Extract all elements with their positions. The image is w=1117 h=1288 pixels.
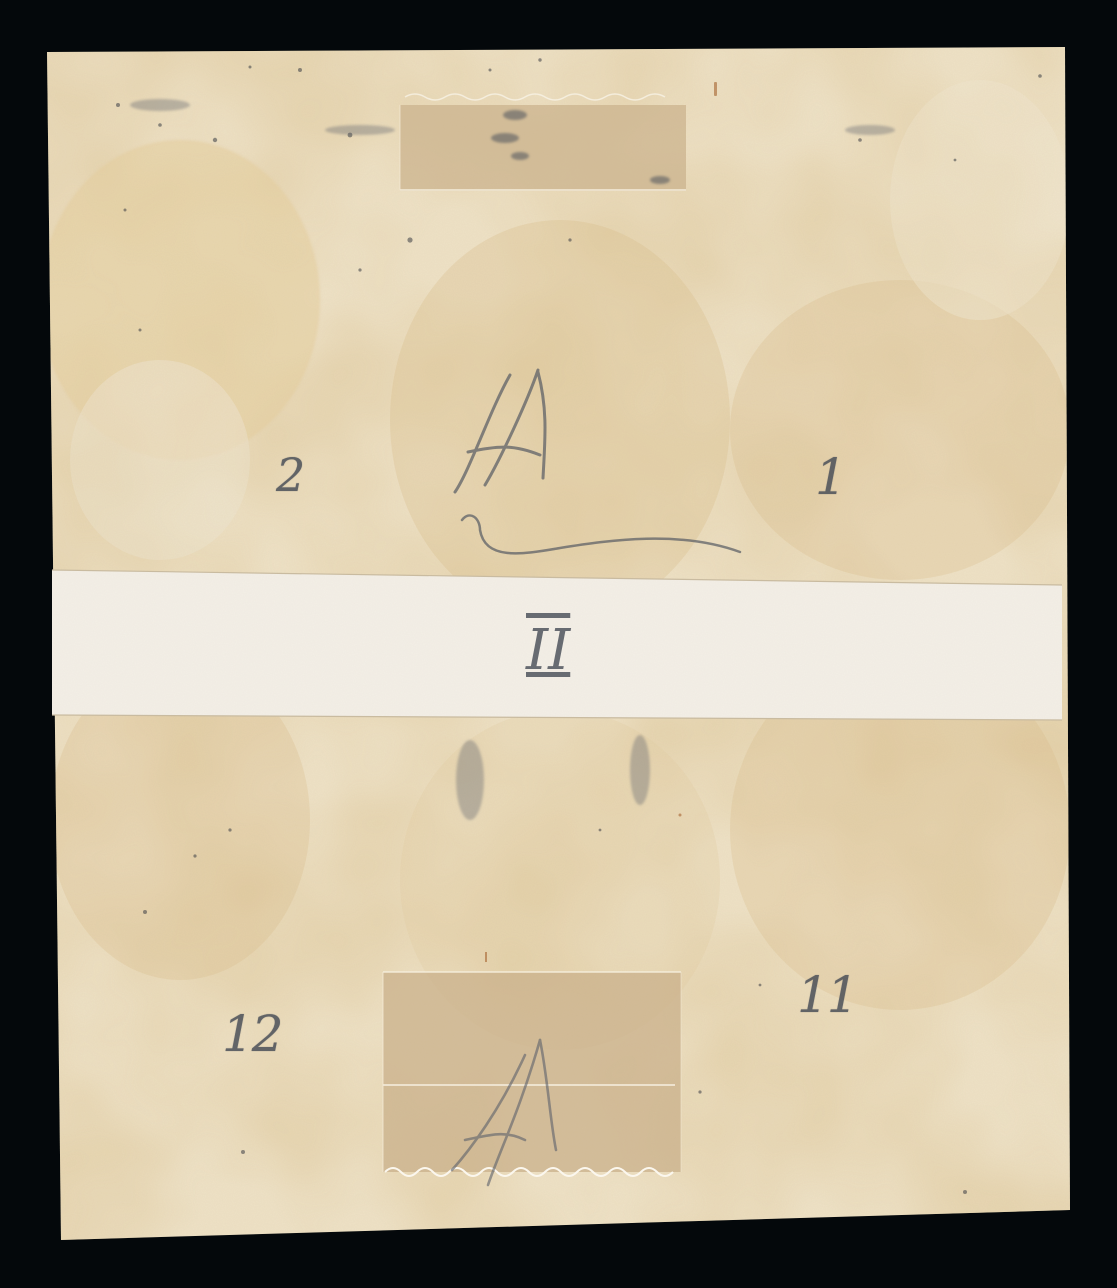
pencil-number-11: 11: [797, 966, 857, 1024]
pencil-number-1: 1: [815, 448, 845, 506]
bottom-hinge: [383, 972, 681, 1176]
pencil-number-2: 2: [276, 448, 303, 502]
pencil-number-12: 12: [222, 1005, 282, 1063]
top-hinge: [400, 94, 686, 191]
strip-label-roman-two: II: [526, 618, 570, 683]
